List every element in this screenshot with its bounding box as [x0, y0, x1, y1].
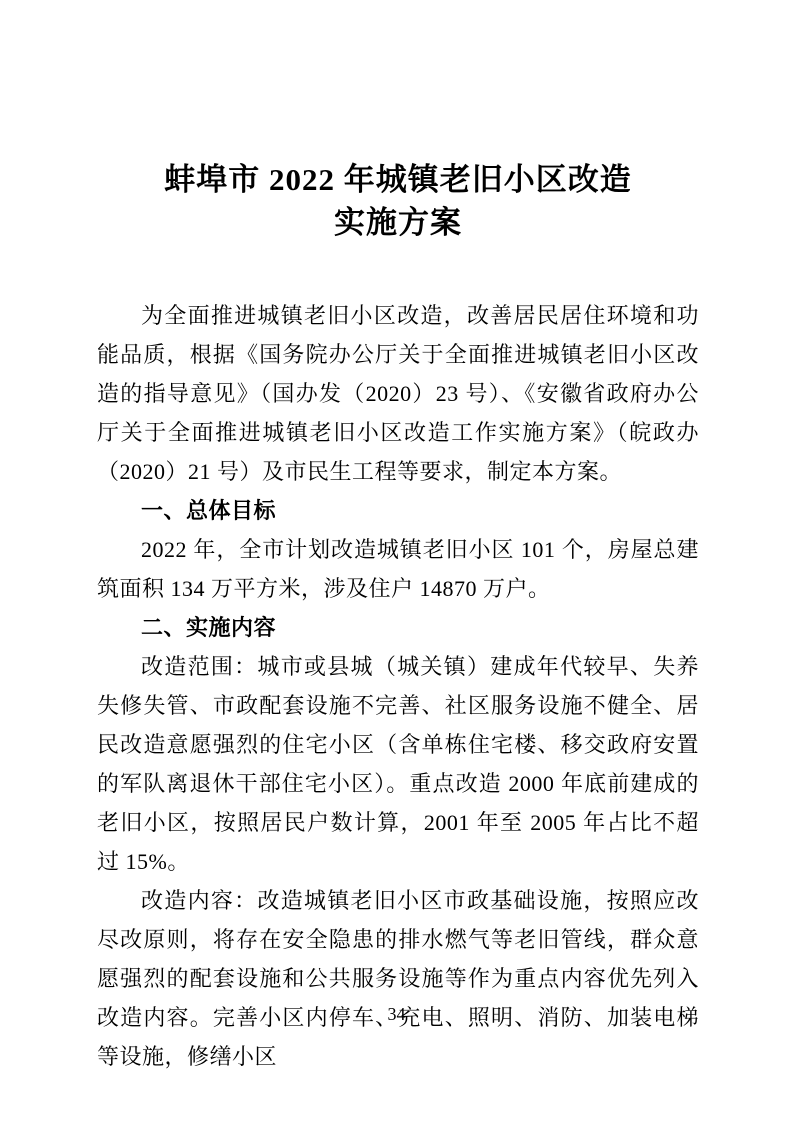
paragraph-intro: 为全面推进城镇老旧小区改造，改善居民居住环境和功能品质，根据《国务院办公厅关于全…	[97, 296, 699, 491]
document-title-line-2: 实施方案	[97, 201, 699, 244]
document-title-line-1: 蚌埠市 2022 年城镇老旧小区改造	[97, 158, 699, 201]
page-number: 34	[0, 1002, 793, 1026]
paragraph-overall-goal: 2022 年，全市计划改造城镇老旧小区 101 个，房屋总建筑面积 134 万平…	[97, 530, 699, 608]
document-content: 蚌埠市 2022 年城镇老旧小区改造 实施方案 为全面推进城镇老旧小区改造，改善…	[97, 158, 699, 1076]
section-heading-implementation-content: 二、实施内容	[97, 608, 699, 647]
document-page: 蚌埠市 2022 年城镇老旧小区改造 实施方案 为全面推进城镇老旧小区改造，改善…	[0, 0, 793, 1122]
document-title: 蚌埠市 2022 年城镇老旧小区改造 实施方案	[97, 158, 699, 244]
paragraph-renovation-content: 改造内容：改造城镇老旧小区市政基础设施，按照应改尽改原则，将存在安全隐患的排水燃…	[97, 881, 699, 1076]
paragraph-renovation-scope: 改造范围：城市或县城（城关镇）建成年代较早、失养失修失管、市政配套设施不完善、社…	[97, 647, 699, 881]
section-heading-overall-goal: 一、总体目标	[97, 491, 699, 530]
